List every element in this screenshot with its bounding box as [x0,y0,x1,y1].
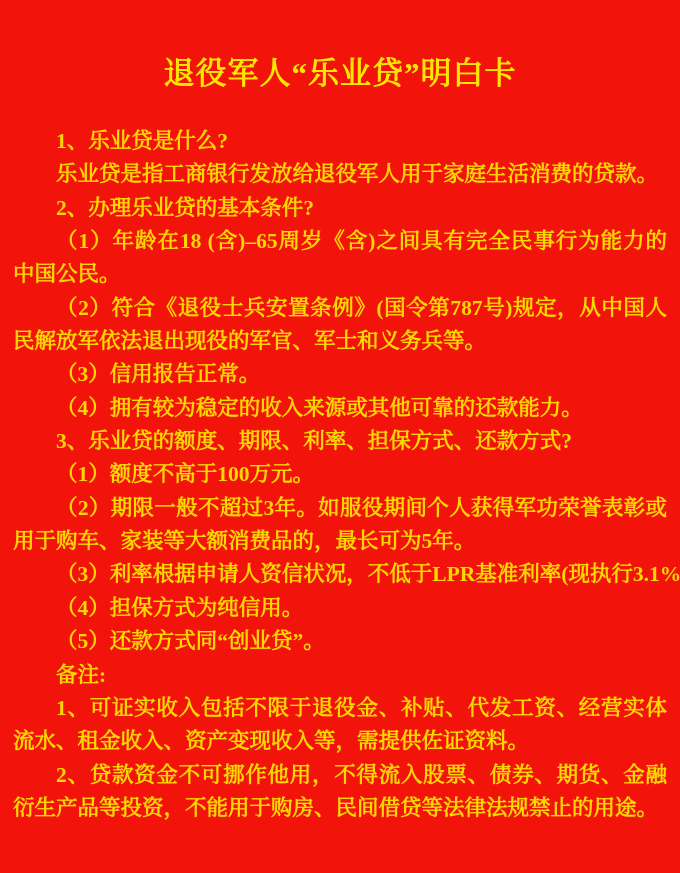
text-line: 乐业贷是指工商银行发放给退役军人用于家庭生活消费的贷款。 [13,158,667,191]
text-line: （1）额度不高于100万元。 [13,458,667,491]
text-line: （4）担保方式为纯信用。 [13,592,667,625]
text-line: 用于购车、家装等大额消费品的，最长可为5年。 [13,525,667,558]
text-line: 衍生产品等投资，不能用于购房、民间借贷等法律法规禁止的用途。 [13,792,667,825]
text-line: （5）还款方式同“创业贷”。 [13,625,667,658]
card-body-text: 1、乐业贷是什么?乐业贷是指工商银行发放给退役军人用于家庭生活消费的贷款。2、办… [13,125,667,825]
text-line: （4）拥有较为稳定的收入来源或其他可靠的还款能力。 [13,392,667,425]
text-line: （3）利率根据申请人资信状况，不低于LPR基准利率(现执行3.1% )。 [13,558,667,591]
text-line: 1、乐业贷是什么? [13,125,667,158]
text-line: （1）年龄在18 (含)–65周岁《含)之间具有完全民事行为能力的 [13,225,667,258]
text-line: （2）符合《退役士兵安置条例》(国令第787号)规定，从中国人 [13,292,667,325]
text-line: 流水、租金收入、资产变现收入等，需提供佐证资料。 [13,725,667,758]
text-line: 3、乐业贷的额度、期限、利率、担保方式、还款方式? [13,425,667,458]
text-line: 民解放军依法退出现役的军官、军士和义务兵等。 [13,325,667,358]
text-line: 备注: [13,659,667,692]
text-line: 中国公民。 [13,258,667,291]
text-line: 2、贷款资金不可挪作他用，不得流入股票、债券、期货、金融 [13,759,667,792]
text-line: （3）信用报告正常。 [13,358,667,391]
text-line: 1、可证实收入包括不限于退役金、补贴、代发工资、经营实体 [13,692,667,725]
text-line: 2、办理乐业贷的基本条件? [13,192,667,225]
info-card: 退役军人“乐业贷”明白卡 1、乐业贷是什么?乐业贷是指工商银行发放给退役军人用于… [0,0,680,873]
page-title: 退役军人“乐业贷”明白卡 [13,56,667,92]
text-line: （2）期限一般不超过3年。如服役期间个人获得军功荣誉表彰或 [13,492,667,525]
